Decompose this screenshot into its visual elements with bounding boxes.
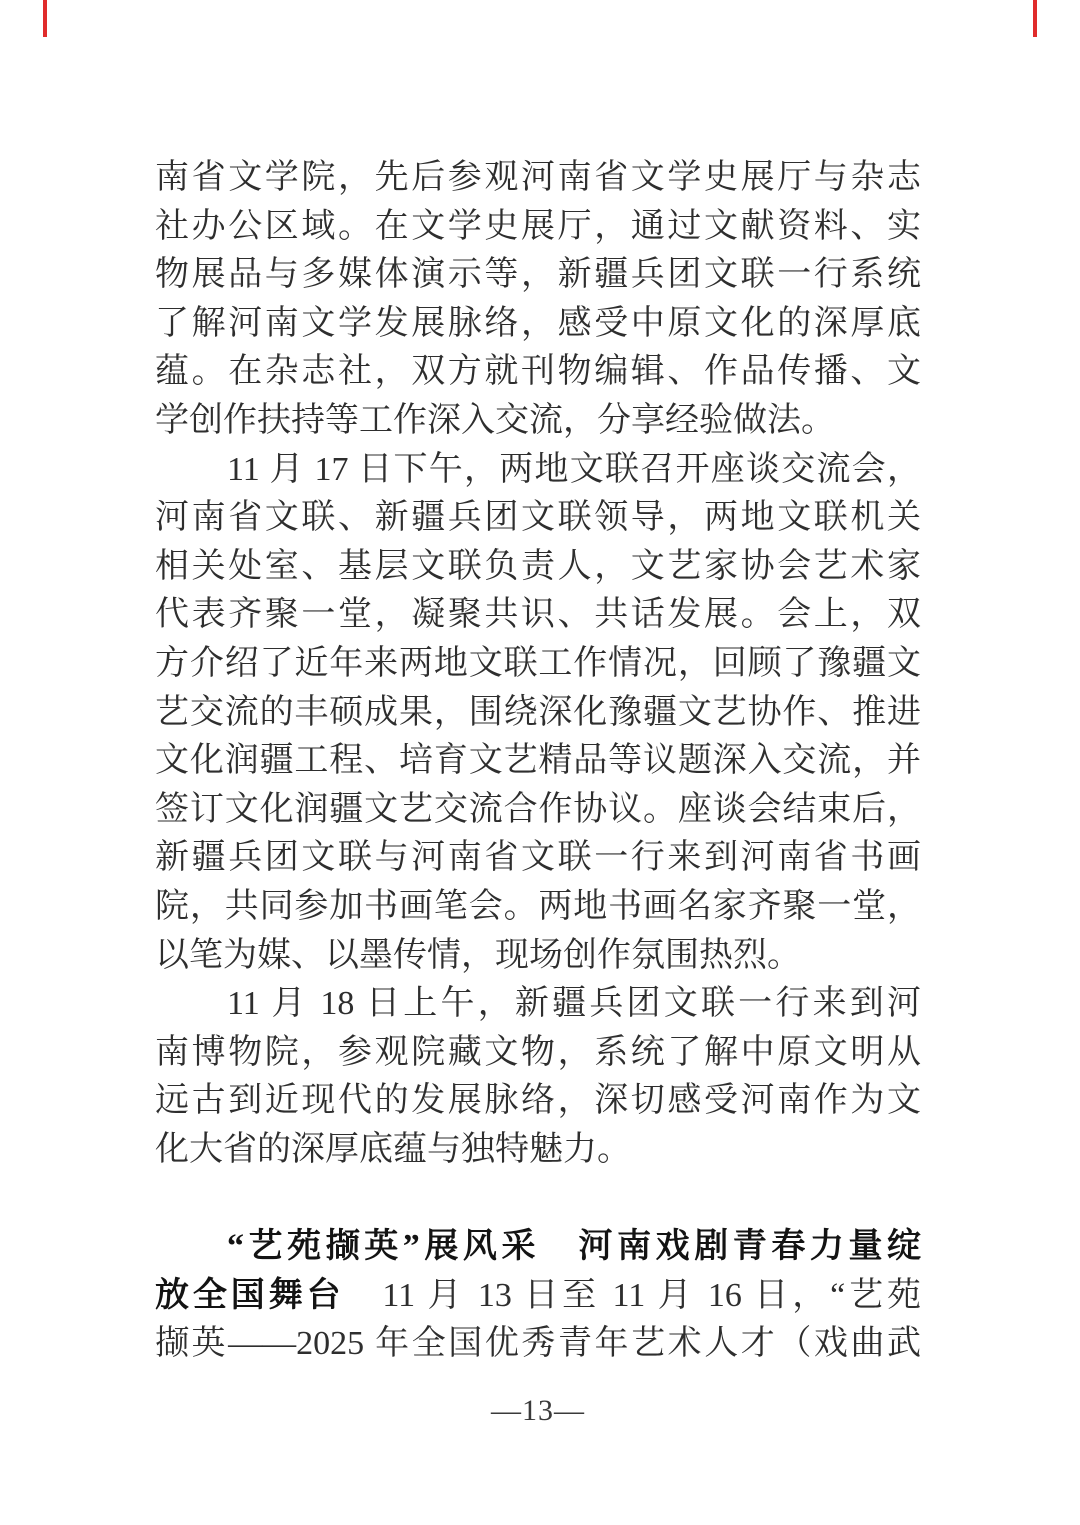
body-text: 11 月 13 日至 11 月 16 日，“艺苑	[345, 1277, 921, 1314]
text-line: 南省文学院，先后参观河南省文学史展厅与杂志	[155, 154, 921, 203]
text-line: 代表齐聚一堂，凝聚共识、共话发展。会上，双	[155, 591, 921, 640]
page-number: —13—	[155, 1391, 921, 1431]
text-line: 签订文化润疆文艺交流合作协议。座谈会结束后，	[155, 786, 921, 835]
document-page: 南省文学院，先后参观河南省文学史展厅与杂志社办公区域。在文学史展厅，通过文献资料…	[0, 0, 1080, 1525]
document-body: 南省文学院，先后参观河南省文学史展厅与杂志社办公区域。在文学史展厅，通过文献资料…	[155, 154, 921, 1369]
text-line: 河南省文联、新疆兵团文联领导，两地文联机关	[155, 494, 921, 543]
text-line: 11 月 17 日下午，两地文联召开座谈交流会，	[155, 446, 921, 495]
text-line: 了解河南文学发展脉络，感受中原文化的深厚底	[155, 300, 921, 349]
text-line: 物展品与多媒体演示等，新疆兵团文联一行系统	[155, 251, 921, 300]
text-line: 方介绍了近年来两地文联工作情况，回顾了豫疆文	[155, 640, 921, 689]
red-margin-mark-left	[43, 0, 47, 37]
text-line: 相关处室、基层文联负责人，文艺家协会艺术家	[155, 543, 921, 592]
red-margin-mark-right	[1033, 0, 1037, 37]
text-line: 文化润疆工程、培育文艺精品等议题深入交流，并	[155, 737, 921, 786]
text-line: 学创作扶持等工作深入交流，分享经验做法。	[155, 397, 921, 446]
text-line: 蕴。在杂志社，双方就刊物编辑、作品传播、文	[155, 348, 921, 397]
text-line: 新疆兵团文联与河南省文联一行来到河南省书画	[155, 834, 921, 883]
text-line: “艺苑撷英”展风采 河南戏剧青春力量绽	[155, 1223, 921, 1272]
text-line: 化大省的深厚底蕴与独特魅力。	[155, 1126, 921, 1175]
text-line: 南博物院，参观院藏文物，系统了解中原文明从	[155, 1029, 921, 1078]
heading-bold-text: 放全国舞台	[155, 1277, 345, 1314]
text-line: 社办公区域。在文学史展厅，通过文献资料、实	[155, 203, 921, 252]
text-line: 11 月 18 日上午，新疆兵团文联一行来到河	[155, 980, 921, 1029]
heading-bold-text: “艺苑撷英”展风采 河南戏剧青春力量绽	[227, 1228, 921, 1265]
text-line: 院，共同参加书画笔会。两地书画名家齐聚一堂，	[155, 883, 921, 932]
text-line: 放全国舞台 11 月 13 日至 11 月 16 日，“艺苑	[155, 1272, 921, 1321]
text-line: 以笔为媒、以墨传情，现场创作氛围热烈。	[155, 932, 921, 981]
text-line: 远古到近现代的发展脉络，深切感受河南作为文	[155, 1077, 921, 1126]
blank-line	[155, 1174, 921, 1223]
text-line: 撷英——2025 年全国优秀青年艺术人才（戏曲武	[155, 1320, 921, 1369]
text-line: 艺交流的丰硕成果，围绕深化豫疆文艺协作、推进	[155, 689, 921, 738]
